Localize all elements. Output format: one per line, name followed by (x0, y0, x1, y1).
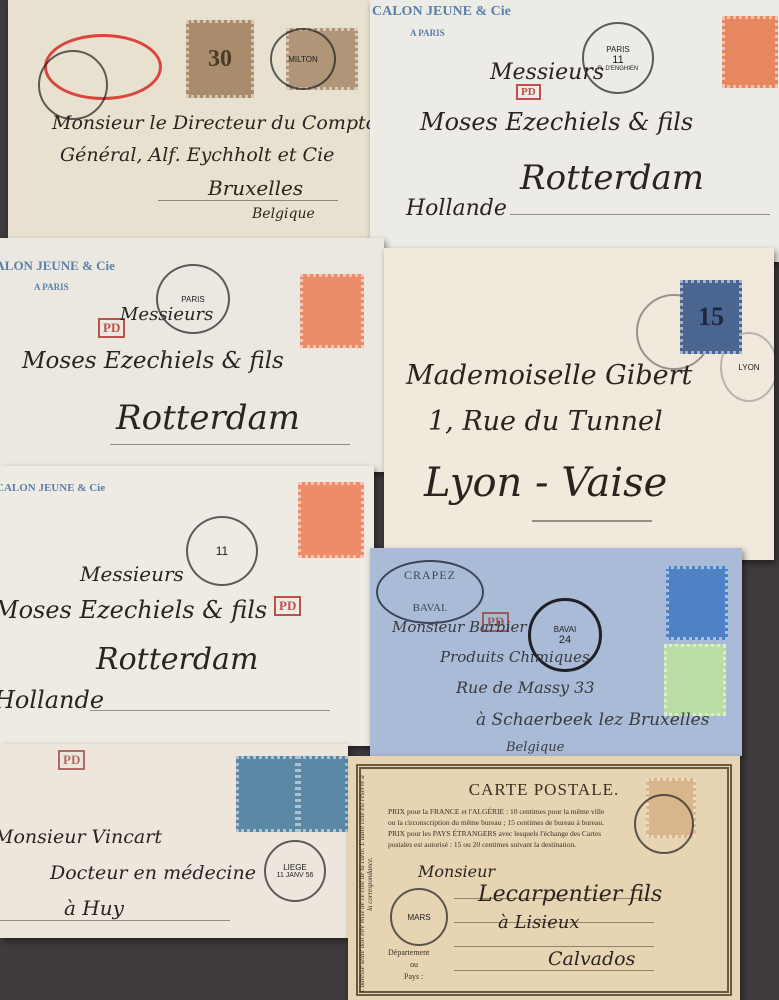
address-line: Moses Ezechiels & fils (22, 348, 284, 374)
underline (532, 520, 652, 522)
underline (90, 710, 330, 711)
postmark-city: BAVAI (554, 625, 576, 634)
stamp-30c: 30 (186, 20, 254, 98)
address-line: Lecarpentier fils (478, 882, 662, 907)
postmark-departure: MARS (390, 888, 448, 946)
postmark-city: PARIS (606, 45, 629, 54)
postmark-date: 11 (612, 54, 623, 66)
address-rule (454, 970, 654, 971)
cover-brussels: 30 MILTON Monsieur le Directeur du Compt… (8, 0, 370, 238)
stamp-green-ceres (664, 644, 726, 716)
tariff-line: postales est autorisé : 15 ou 20 centime… (388, 839, 678, 850)
address-line: Bruxelles (208, 176, 303, 200)
side-instruction: L'adresse seule doit être mise de ce côt… (358, 774, 374, 994)
address-line: Lyon - Vaise (424, 460, 667, 506)
company-handstamp: CALON JEUNE & Cie (372, 4, 511, 20)
pd-mark: PD (274, 596, 301, 616)
dept-label: Département (388, 948, 429, 957)
postmark-milton: MILTON (270, 28, 336, 90)
stamp-orange (722, 16, 778, 88)
address-line: Belgique (506, 740, 564, 755)
address-line: Calvados (548, 948, 635, 970)
underline (158, 200, 338, 201)
pays-label: Pays : (404, 972, 423, 981)
postmark-liege: LIEGE 11 JANV 56 (264, 840, 326, 902)
postmark-paris: 11 (186, 516, 258, 586)
address-line: Moses Ezechiels & fils (420, 108, 693, 136)
address-line: Mademoiselle Gibert (406, 360, 692, 391)
address-line: Docteur en médecine (50, 862, 256, 884)
pd-mark: PD (516, 84, 541, 100)
pd-mark: PD (58, 750, 85, 770)
company-handstamp-sub: A PARIS (410, 28, 445, 38)
cover-huy: PD LIEGE 11 JANV 56 Monsieur Vincart Doc… (0, 744, 348, 938)
stamp-blue-ceres (666, 566, 728, 640)
stamp-blue-napoleon-2 (298, 756, 348, 832)
underline (510, 214, 770, 215)
address-line: Monsieur Vincart (0, 826, 162, 848)
postmark-date: 11 JANV 56 (277, 872, 314, 879)
address-line: Messieurs (120, 304, 213, 325)
address-line: à Huy (64, 896, 124, 920)
underline (0, 920, 230, 921)
address-line: Produits Chimiques (440, 648, 590, 666)
postmark-date: 24 (559, 634, 571, 646)
underline (110, 444, 350, 445)
cover-rotterdam-2: CALON JEUNE & Cie A PARIS PARIS PD Messi… (0, 238, 384, 472)
company-handstamp: CALON JEUNE & Cie (0, 482, 105, 494)
address-line: Moses Ezechiels & fils (0, 596, 267, 624)
stamp-15c: 15 (680, 280, 742, 354)
address-line: à Schaerbeek lez Bruxelles (476, 710, 709, 730)
postmark-circle (38, 50, 108, 120)
address-line: Belgique (252, 206, 315, 222)
postmark-city: PARIS (181, 295, 204, 304)
cover-lyon: LYON 15 Mademoiselle Gibert 1, Rue du Tu… (384, 248, 774, 560)
address-line: Général, Alf. Eychholt et Cie (60, 144, 334, 166)
company-handstamp-sub: A PARIS (34, 282, 69, 292)
address-line: Rotterdam (96, 642, 258, 677)
address-line: Rue de Massy 33 (456, 678, 595, 697)
cover-rotterdam-1: CALON JEUNE & Cie A PARIS PARIS 11 R. D'… (370, 0, 779, 262)
company-handstamp: CALON JEUNE & Cie (0, 258, 115, 274)
address-line: 1, Rue du Tunnel (428, 406, 663, 437)
postmark-date: 11 (216, 544, 228, 558)
carte-postale: CARTE POSTALE. PRIX pour la FRANCE et l'… (348, 756, 740, 1000)
address-line: à Lisieux (498, 912, 580, 933)
postmark-text: MILTON (288, 55, 317, 64)
address-line: Monsieur Barbier (392, 618, 527, 636)
stamp-orange (300, 274, 364, 348)
stamp-orange (298, 482, 364, 558)
address-line: Hollande (0, 686, 104, 714)
postmark-city: LYON (738, 363, 759, 372)
address-line: Messieurs (490, 60, 604, 85)
address-line: Rotterdam (116, 398, 300, 438)
handstamp-town: BAVAI. (378, 602, 482, 614)
postmark-text: MARS (407, 913, 430, 922)
address-line: Hollande (406, 196, 507, 221)
cover-rotterdam-3: CALON JEUNE & Cie 11 PD Messieurs Moses … (0, 466, 374, 746)
address-line: Rotterdam (520, 158, 704, 198)
postmark-arrival (634, 794, 694, 854)
address-line: Monsieur (418, 862, 495, 881)
cover-schaerbeek: CRAPEZ BAVAI. BAVAI 24 PD Monsieur Barbi… (370, 548, 742, 756)
address-line: Messieurs (80, 562, 184, 586)
ou-label: ou (410, 960, 418, 969)
address-rule (454, 946, 654, 947)
handstamp-name: CRAPEZ (378, 568, 482, 583)
postmark-city: LIEGE (283, 863, 307, 872)
oval-handstamp: CRAPEZ BAVAI. (376, 560, 484, 624)
address-line: Monsieur le Directeur du Comptoir (52, 112, 370, 134)
stamp-blue-napoleon-1 (236, 756, 298, 832)
